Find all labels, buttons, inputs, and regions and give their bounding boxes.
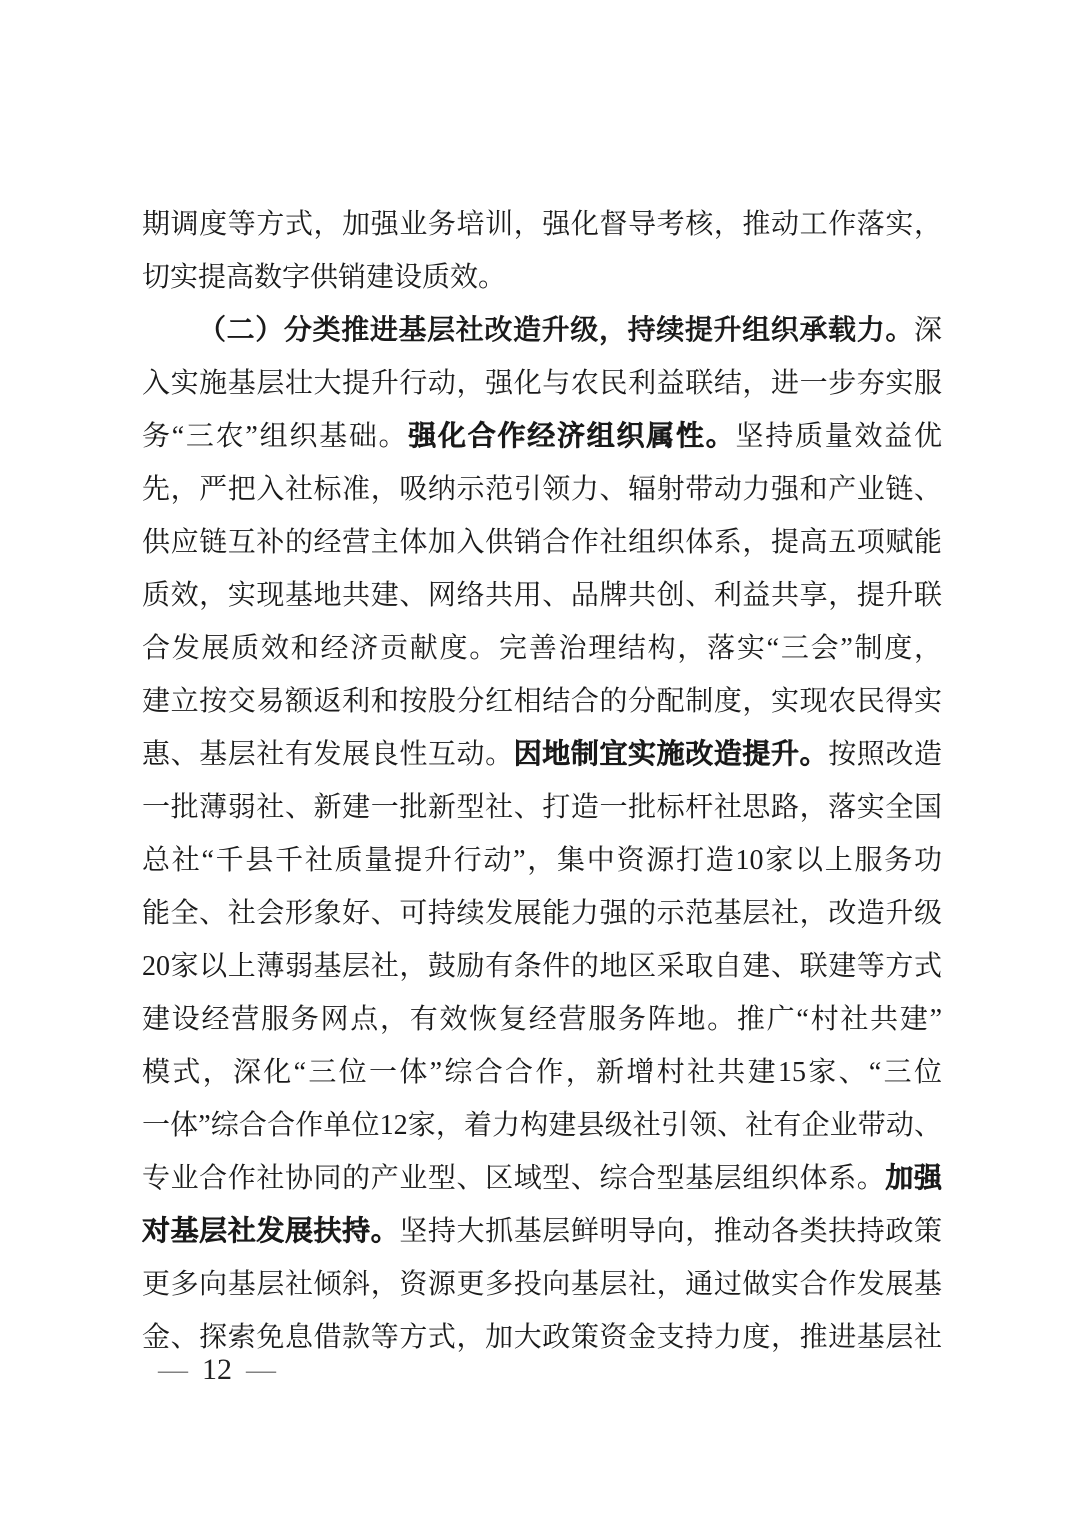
text-run-body: 按照改造 [828,739,942,770]
text-run-body: 惠、基层社有发展良性互动。 [142,739,514,770]
text-line: 20家以上薄弱基层社，鼓励有条件的地区采取自建、联建等方式 [142,940,942,993]
text-run-body: 入实施基层壮大提升行动，强化与农民利益联结，进一步夯实服 [142,368,942,399]
text-line: 入实施基层壮大提升行动，强化与农民利益联结，进一步夯实服 [142,357,942,410]
text-line: 总社“千县千社质量提升行动”，集中资源打造10家以上服务功 [142,834,942,887]
text-run-body: 深 [914,315,942,346]
document-body: 期调度等方式，加强业务培训，强化督导考核，推动工作落实，切实提高数字供销建设质效… [142,198,942,1364]
text-line: 供应链互补的经营主体加入供销合作社组织体系，提高五项赋能 [142,516,942,569]
text-line: 一批薄弱社、新建一批新型社、打造一批标杆社思路，落实全国 [142,781,942,834]
text-run-body: 供应链互补的经营主体加入供销合作社组织体系，提高五项赋能 [142,527,942,558]
footer-dash-left: — [158,1353,188,1386]
text-line: 期调度等方式，加强业务培训，强化督导考核，推动工作落实， [142,198,942,251]
text-line: 质效，实现基地共建、网络共用、品牌共创、利益共享，提升联 [142,569,942,622]
footer-dash-right: — [246,1353,276,1386]
text-line: 先，严把入社标准，吸纳示范引领力、辐射带动力强和产业链、 [142,463,942,516]
text-run-body: 先，严把入社标准，吸纳示范引领力、辐射带动力强和产业链、 [142,474,942,505]
text-run-body: 坚持质量效益优 [736,421,942,452]
text-run-hei: 加强 [885,1163,942,1194]
text-line: （二）分类推进基层社改造升级，持续提升组织承载力。深 [142,304,942,357]
text-run-body: 质效，实现基地共建、网络共用、品牌共创、利益共享，提升联 [142,580,942,611]
text-line: 切实提高数字供销建设质效。 [142,251,942,304]
text-line: 专业合作社协同的产业型、区域型、综合型基层组织体系。加强 [142,1152,942,1205]
text-line: 惠、基层社有发展良性互动。因地制宜实施改造提升。按照改造 [142,728,942,781]
text-line: 建设经营服务网点，有效恢复经营服务阵地。推广“村社共建” [142,993,942,1046]
text-run-hei: 强化合作经济组织属性。 [408,421,735,452]
text-run-hei: 因地制宜实施改造提升。 [514,739,829,770]
text-run-body: 更多向基层社倾斜，资源更多投向基层社，通过做实合作发展基 [142,1269,942,1300]
text-run-body: 能全、社会形象好、可持续发展能力强的示范基层社，改造升级 [142,898,942,929]
text-run-body: 坚持大抓基层鲜明导向，推动各类扶持政策 [399,1216,942,1247]
text-run-body: 期调度等方式，加强业务培训，强化督导考核，推动工作落实， [142,209,942,240]
document-page: 期调度等方式，加强业务培训，强化督导考核，推动工作落实，切实提高数字供销建设质效… [0,0,1075,1520]
text-run-body: 专业合作社协同的产业型、区域型、综合型基层组织体系。 [142,1163,885,1194]
text-run-kai: （二）分类推进基层社改造升级，持续提升组织承载力。 [198,315,914,346]
text-run-body: 一批薄弱社、新建一批新型社、打造一批标杆社思路，落实全国 [142,792,942,823]
text-line: 一体”综合合作单位12家，着力构建县级社引领、社有企业带动、 [142,1099,942,1152]
text-run-body: 一体”综合合作单位12家，着力构建县级社引领、社有企业带动、 [142,1110,942,1141]
text-run-body: 切实提高数字供销建设质效。 [142,262,506,293]
text-run-body: 建设经营服务网点，有效恢复经营服务阵地。推广“村社共建” [142,1004,942,1035]
text-line: 对基层社发展扶持。坚持大抓基层鲜明导向，推动各类扶持政策 [142,1205,942,1258]
text-run-body: 总社“千县千社质量提升行动”，集中资源打造10家以上服务功 [142,845,942,876]
text-run-body: 合发展质效和经济贡献度。完善治理结构，落实“三会”制度， [142,633,942,664]
text-run-body: 模式，深化“三位一体”综合合作，新增村社共建15家、“三位 [142,1057,942,1088]
text-line: 更多向基层社倾斜，资源更多投向基层社，通过做实合作发展基 [142,1258,942,1311]
text-line: 建立按交易额返利和按股分红相结合的分配制度，实现农民得实 [142,675,942,728]
text-line: 合发展质效和经济贡献度。完善治理结构，落实“三会”制度， [142,622,942,675]
text-run-body: 务“三农”组织基础。 [142,421,408,452]
text-run-hei: 对基层社发展扶持。 [142,1216,399,1247]
text-run-body: 建立按交易额返利和按股分红相结合的分配制度，实现农民得实 [142,686,942,717]
text-run-body: 金、探索免息借款等方式，加大政策资金支持力度，推进基层社 [142,1322,942,1353]
page-number: 12 [202,1353,232,1386]
text-run-body: 20家以上薄弱基层社，鼓励有条件的地区采取自建、联建等方式 [142,951,942,982]
text-line: 模式，深化“三位一体”综合合作，新增村社共建15家、“三位 [142,1046,942,1099]
text-line: 务“三农”组织基础。强化合作经济组织属性。坚持质量效益优 [142,410,942,463]
page-footer: —12— [158,1350,276,1390]
text-line: 能全、社会形象好、可持续发展能力强的示范基层社，改造升级 [142,887,942,940]
